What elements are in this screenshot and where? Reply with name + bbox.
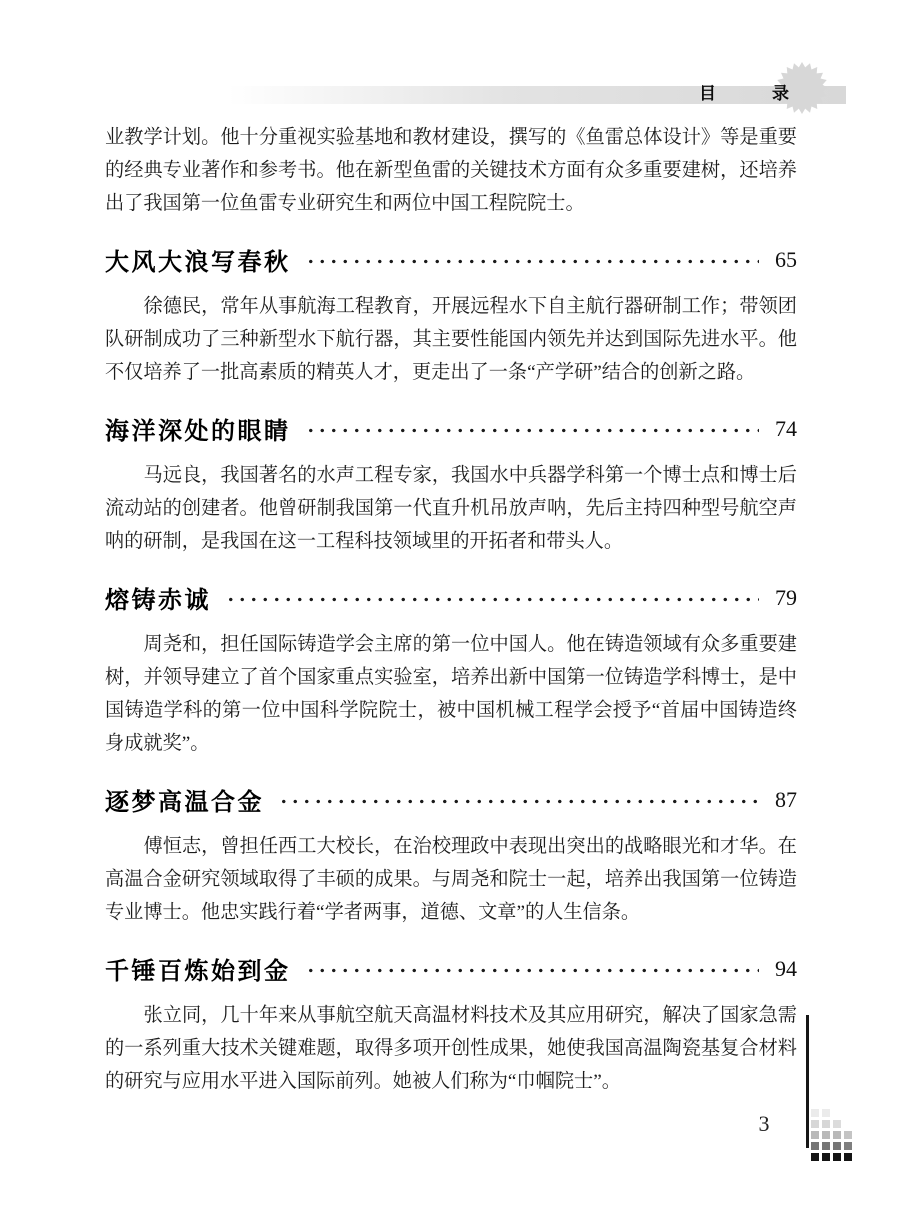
toc-entry-title: 海洋深处的眼睛 [105,411,291,446]
toc-entry-description: 徐德民，常年从事航海工程教育，开展远程水下自主航行器研制工作；带领团队研制成功了… [105,290,797,389]
pixel-grid-icon [811,1109,853,1162]
toc-entry-page-number: 74 [769,416,797,442]
toc-entry-title-row: 千锤百炼始到金 94 [105,955,797,982]
toc-entry-title: 千锤百炼始到金 [105,951,291,986]
toc-entry-description: 傅恒志，曾担任西工大校长，在治校理政中表现出突出的战略眼光和才华。在高温合金研究… [105,830,797,929]
toc-entry-title-row: 大风大浪写春秋 65 [105,246,797,273]
toc-entry-page-number: 65 [769,247,797,273]
dot-leader [305,248,760,275]
toc-entry: 千锤百炼始到金 94 张立同，几十年来从事航空航天高温材料技术及其应用研究，解决… [105,955,797,1098]
toc-entry: 大风大浪写春秋 65 徐德民，常年从事航海工程教育，开展远程水下自主航行器研制工… [105,246,797,389]
intro-paragraph: 业教学计划。他十分重视实验基地和教材建设，撰写的《鱼雷总体设计》等是重要的经典专… [105,121,797,220]
toc-entry-title: 大风大浪写春秋 [105,242,291,277]
dot-leader [278,788,759,815]
toc-entry-description: 马远良，我国著名的水声工程专家，我国水中兵器学科第一个博士点和博士后流动站的创建… [105,459,797,558]
dot-leader [305,957,760,984]
toc-entry-page-number: 79 [769,585,797,611]
dot-leader [225,586,759,613]
toc-entry-page-number: 94 [769,956,797,982]
toc-entry-title: 逐梦高温合金 [105,782,264,817]
toc-content: 业教学计划。他十分重视实验基地和教材建设，撰写的《鱼雷总体设计》等是重要的经典专… [105,0,797,1098]
toc-entry-title-row: 熔铸赤诚 79 [105,584,797,611]
dot-leader [305,417,760,444]
toc-entry: 逐梦高温合金 87 傅恒志，曾担任西工大校长，在治校理政中表现出突出的战略眼光和… [105,786,797,929]
right-edge-rule [806,1015,809,1148]
toc-entry: 海洋深处的眼睛 74 马远良，我国著名的水声工程专家，我国水中兵器学科第一个博士… [105,415,797,558]
toc-entry-title-row: 逐梦高温合金 87 [105,786,797,813]
toc-entry-page-number: 87 [769,787,797,813]
toc-entry: 熔铸赤诚 79 周尧和，担任国际铸造学会主席的第一位中国人。他在铸造领域有众多重… [105,584,797,760]
toc-page: 目 录 业教学计划。他十分重视实验基地和教材建设，撰写的《鱼雷总体设计》等是重要… [0,0,898,1215]
page-number: 3 [750,1111,778,1137]
toc-entry-description: 张立同，几十年来从事航空航天高温材料技术及其应用研究，解决了国家急需的一系列重大… [105,999,797,1098]
toc-entry-title-row: 海洋深处的眼睛 74 [105,415,797,442]
toc-entry-description: 周尧和，担任国际铸造学会主席的第一位中国人。他在铸造领域有众多重要建树，并领导建… [105,628,797,760]
toc-entry-title: 熔铸赤诚 [105,580,211,615]
